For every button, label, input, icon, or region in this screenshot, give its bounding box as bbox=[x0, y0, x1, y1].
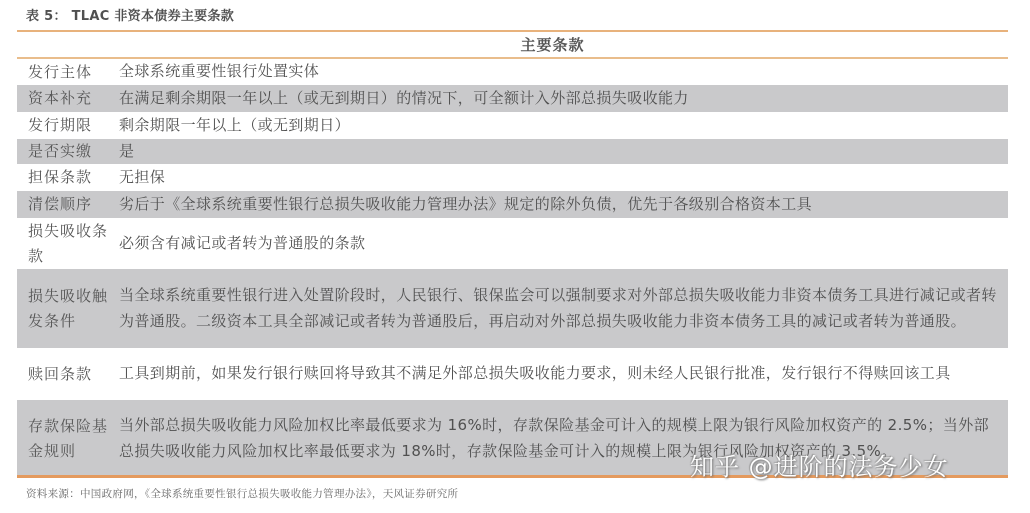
table-row: 损失吸收触发条件 当全球系统重要性银行进入处置阶段时，人民银行、银保监会可以强制… bbox=[17, 269, 1008, 348]
table-row: 损失吸收条款 必须含有减记或者转为普通股的条款 bbox=[17, 218, 1008, 269]
watermark: 知乎 @进阶的法务少女 bbox=[690, 447, 949, 482]
row-label: 损失吸收触发条件 bbox=[17, 284, 119, 334]
row-value: 劣后于《全球系统重要性银行总损失吸收能力管理办法》规定的除外负债，优先于各级别合… bbox=[119, 192, 1008, 218]
row-label: 是否实缴 bbox=[17, 139, 119, 164]
table-row: 赎回条款 工具到期前，如果发行银行赎回将导致其不满足外部总损失吸收能力要求，则未… bbox=[17, 348, 1008, 400]
table-row: 资本补充 在满足剩余期限一年以上（或无到期日）的情况下，可全额计入外部总损失吸收… bbox=[17, 85, 1008, 112]
row-value: 工具到期前，如果发行银行赎回将导致其不满足外部总损失吸收能力要求，则未经人民银行… bbox=[119, 361, 1008, 387]
row-value: 剩余期限一年以上（或无到期日） bbox=[119, 113, 1008, 139]
row-value: 当全球系统重要性银行进入处置阶段时，人民银行、银保监会可以强制要求对外部总损失吸… bbox=[119, 283, 1008, 334]
row-label: 发行主体 bbox=[17, 60, 119, 85]
table-row: 清偿顺序 劣后于《全球系统重要性银行总损失吸收能力管理办法》规定的除外负债，优先… bbox=[17, 191, 1008, 218]
row-label: 发行期限 bbox=[17, 113, 119, 138]
terms-table: 发行主体 全球系统重要性银行处置实体 资本补充 在满足剩余期限一年以上（或无到期… bbox=[17, 59, 1008, 477]
row-value: 全球系统重要性银行处置实体 bbox=[119, 59, 1008, 85]
row-label: 清偿顺序 bbox=[17, 192, 119, 217]
row-label: 资本补充 bbox=[17, 86, 119, 111]
table-row: 发行主体 全球系统重要性银行处置实体 bbox=[17, 59, 1008, 85]
table-row: 是否实缴 是 bbox=[17, 139, 1008, 164]
header-main-terms: 主要条款 bbox=[440, 34, 584, 55]
row-value: 是 bbox=[119, 139, 1008, 165]
row-value: 无担保 bbox=[119, 165, 1008, 191]
table-row: 担保条款 无担保 bbox=[17, 164, 1008, 191]
table-caption: 表 5： TLAC 非资本债券主要条款 bbox=[26, 5, 234, 24]
row-value: 在满足剩余期限一年以上（或无到期日）的情况下，可全额计入外部总损失吸收能力 bbox=[119, 86, 1008, 112]
table-row: 发行期限 剩余期限一年以上（或无到期日） bbox=[17, 112, 1008, 139]
row-value: 必须含有减记或者转为普通股的条款 bbox=[119, 231, 1008, 257]
source-note: 资料来源：中国政府网，《全球系统重要性银行总损失吸收能力管理办法》，天风证券研究… bbox=[26, 486, 458, 501]
row-label: 存款保险基金规则 bbox=[17, 414, 119, 464]
row-label: 损失吸收条款 bbox=[17, 219, 119, 269]
row-label: 担保条款 bbox=[17, 165, 119, 190]
row-label: 赎回条款 bbox=[17, 362, 119, 387]
table-header: 主要条款 bbox=[17, 32, 1008, 57]
